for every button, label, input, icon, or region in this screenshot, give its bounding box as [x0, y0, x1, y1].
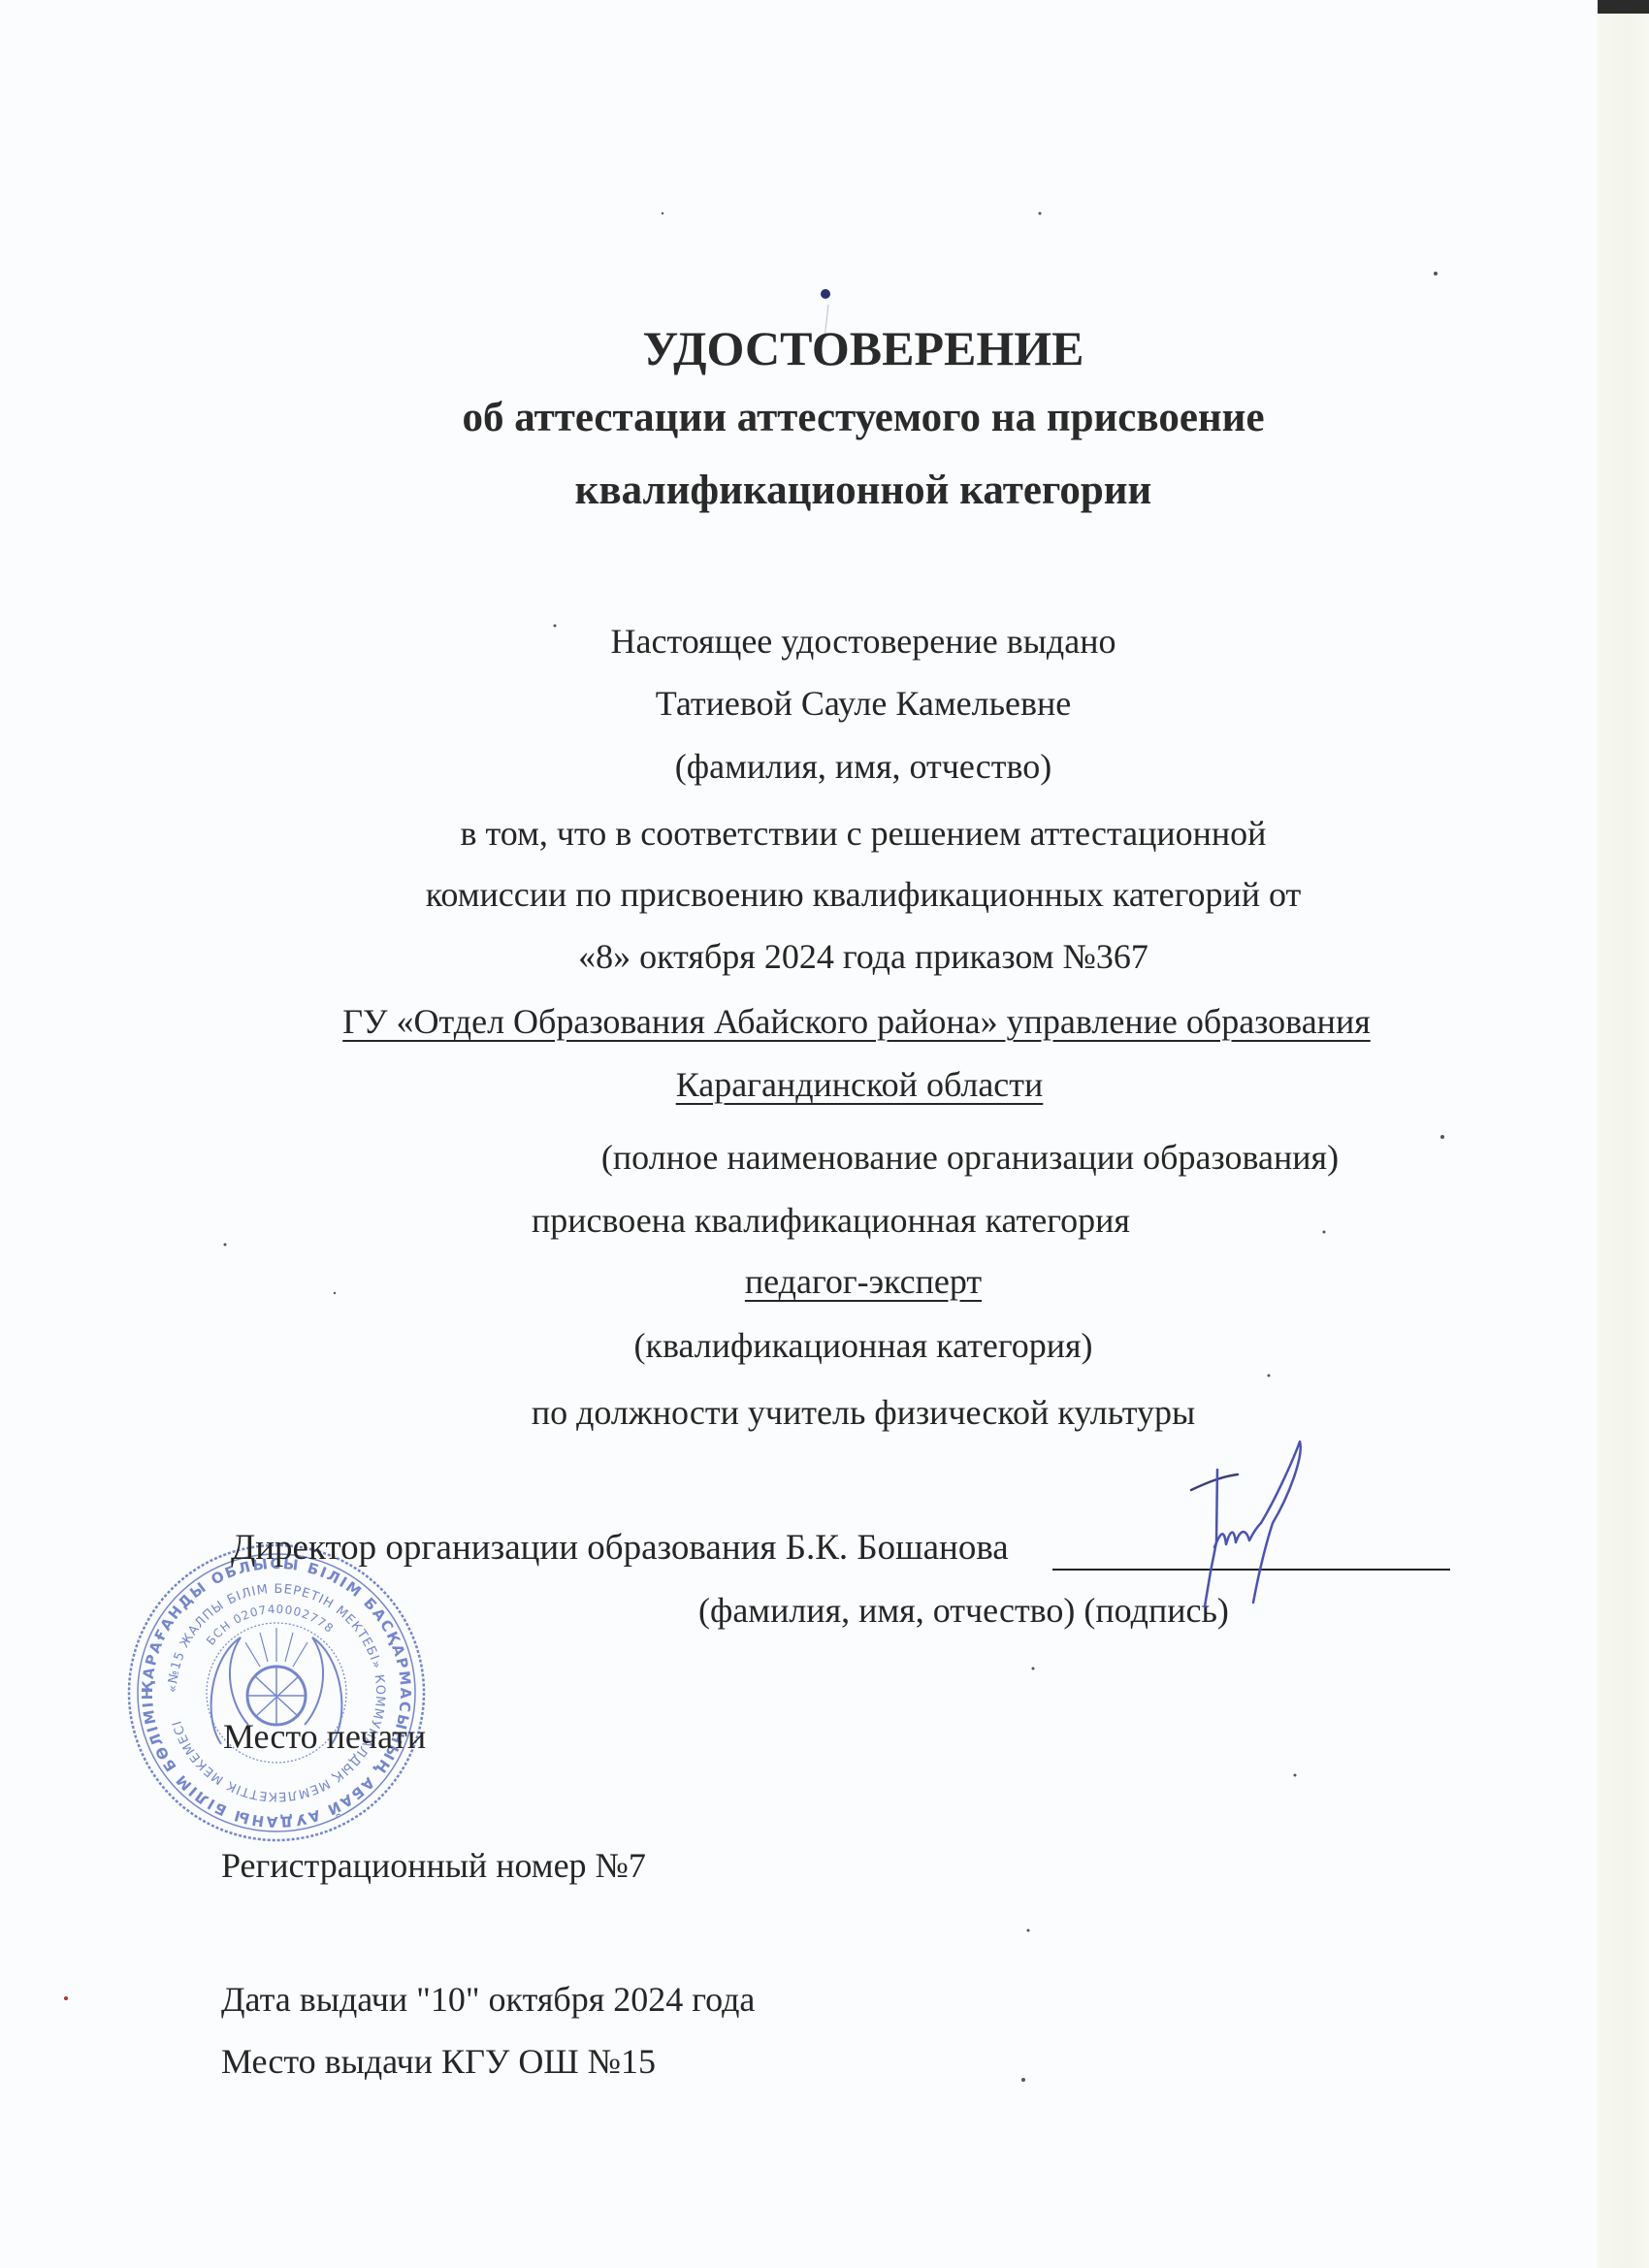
qualification-category-caption: (квалификационная категория) — [0, 1328, 1649, 1363]
document-subtitle-line1: об аттестации аттестуемого на присвоение — [0, 397, 1649, 438]
scan-edge-shadow — [1598, 0, 1649, 14]
organization-name-line2: Карагандинской области — [658, 1067, 1061, 1102]
seal-placeholder-label: Место печати — [223, 1719, 426, 1754]
recipient-name: Татиевой Сауле Камельевне — [0, 686, 1649, 721]
organization-name-line1: ГУ «Отдел Образования Абайского района» … — [299, 1004, 1414, 1039]
organization-caption: (полное наименование организации образов… — [572, 1140, 1368, 1175]
position-text: по должности учитель физической культуры — [0, 1395, 1649, 1430]
official-seal-stamp: ҚАРАҒАНДЫ ОБЛЫСЫ БІЛІМ БАСҚАРМАСЫНЫҢ АБА… — [124, 1540, 429, 1845]
qualification-category: педагог-эксперт — [0, 1264, 1649, 1299]
director-caption: (фамилия, имя, отчество) (подпись) — [698, 1593, 1229, 1628]
intro-text: Настоящее удостоверение выдано — [0, 624, 1649, 659]
issue-date: Дата выдачи "10" октября 2024 года — [221, 1982, 755, 2017]
document-subtitle-line2: квалификационной категории — [0, 470, 1649, 511]
registration-number: Регистрационный номер №7 — [221, 1848, 646, 1883]
document-title: УДОСТОВЕРЕНИЕ — [0, 324, 1649, 373]
decision-text-line2: комиссии по присвоению квалификационных … — [0, 877, 1649, 912]
director-signature — [1164, 1426, 1377, 1669]
decision-text-line1: в том, что в соответствии с решением атт… — [0, 816, 1649, 851]
decision-order-date: «8» октября 2024 года приказом №367 — [0, 939, 1649, 974]
issue-place: Место выдачи КГУ ОШ №15 — [221, 2044, 656, 2079]
director-label: Директор организации образования Б.К. Бо… — [231, 1530, 1009, 1566]
recipient-name-caption: (фамилия, имя, отчество) — [0, 749, 1649, 784]
category-intro: присвоена квалификационная категория — [532, 1203, 1191, 1238]
